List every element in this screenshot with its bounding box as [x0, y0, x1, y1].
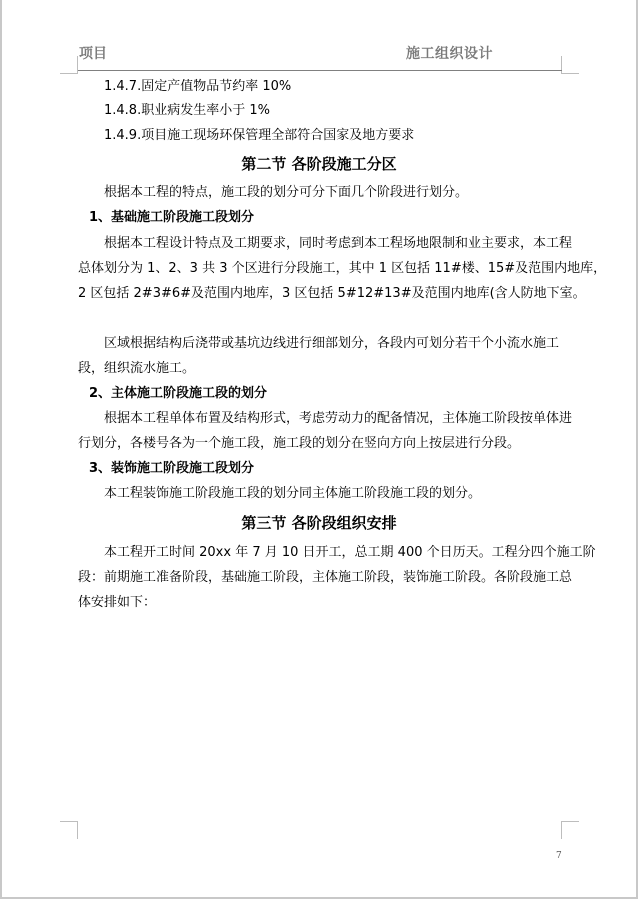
paragraph-line: 2 区包括 2#3#6#及范围内地库，3 区包括 5#12#13#及范围内地库(…	[78, 286, 562, 302]
margin-corner-bottom-right	[561, 821, 579, 839]
subsection-heading: 2、主体施工阶段施工段的划分	[89, 386, 267, 402]
margin-corner-bottom-left	[60, 821, 78, 839]
subsection-heading: 3、装饰施工阶段施工段划分	[89, 461, 254, 477]
paragraph-line: 本工程装饰施工阶段施工段的划分同主体施工阶段施工段的划分。	[104, 486, 481, 502]
list-item: 1.4.9.项目施工现场环保管理全部符合国家及地方要求	[104, 128, 414, 144]
header-rule	[78, 70, 562, 71]
header-left-text: 项目	[79, 43, 107, 63]
paragraph-line: 总体划分为 1、2、3 共 3 个区进行分段施工，其中 1 区包括 11#楼、1…	[78, 261, 562, 277]
subsection-heading: 1、基础施工阶段施工段划分	[89, 210, 254, 226]
paragraph-line: 体安排如下：	[78, 595, 562, 611]
list-item: 1.4.7.固定产值物品节约率 10%	[104, 79, 291, 95]
paragraph-line: 根据本工程单体布置及结构形式，考虑劳动力的配备情况，主体施工阶段按单体进	[104, 411, 572, 427]
page-number: 7	[556, 851, 562, 861]
section-title: 第三节 各阶段组织安排	[0, 514, 638, 532]
paragraph-line: 本工程开工时间 20xx 年 7 月 10 日开工，总工期 400 个日历天。工…	[104, 545, 596, 561]
paragraph-line: 区域根据结构后浇带或基坑边线进行细部划分，各段内可划分若干个小流水施工	[104, 336, 559, 352]
margin-corner-top-left	[60, 56, 78, 74]
list-item: 1.4.8.职业病发生率小于 1%	[104, 103, 270, 119]
paragraph-line: 根据本工程设计特点及工期要求，同时考虑到本工程场地限制和业主要求，本工程	[104, 236, 572, 252]
paragraph-line: 段：前期施工准备阶段，基础施工阶段，主体施工阶段，装饰施工阶段。各阶段施工总	[78, 570, 562, 586]
paragraph-line: 根据本工程的特点，施工段的划分可分下面几个阶段进行划分。	[104, 185, 468, 201]
paragraph-line: 行划分，各楼号各为一个施工段，施工段的划分在竖向方向上按层进行分段。	[78, 436, 562, 452]
margin-corner-top-right	[561, 56, 579, 74]
header-right-text: 施工组织设计	[406, 43, 493, 63]
paragraph-line: 段，组织流水施工。	[78, 361, 562, 377]
section-title: 第二节 各阶段施工分区	[0, 155, 638, 173]
